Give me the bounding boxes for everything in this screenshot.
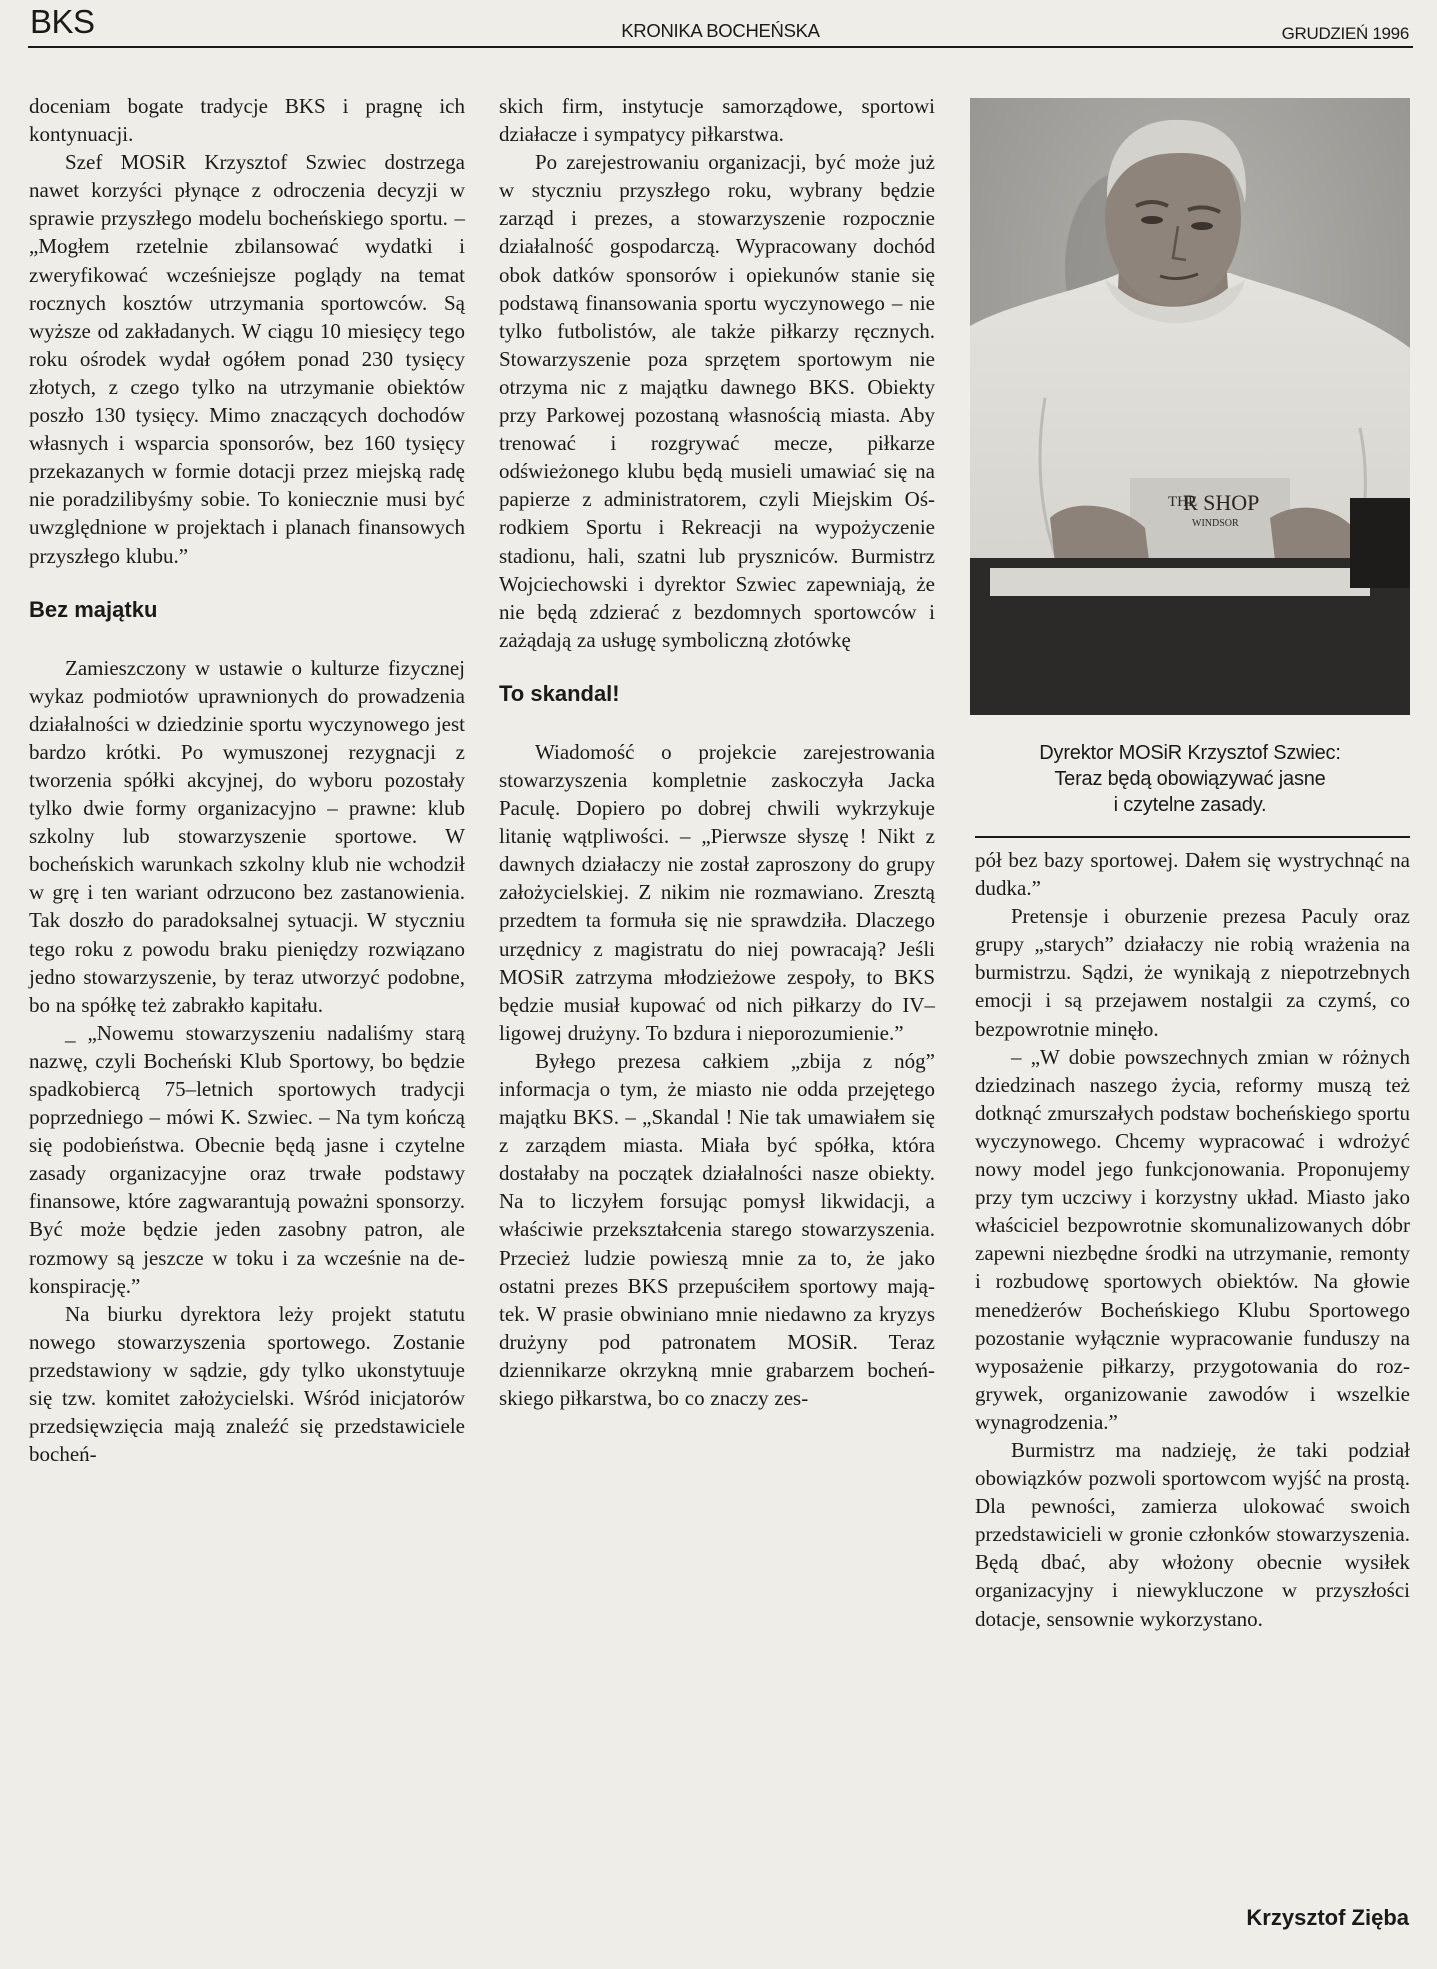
author-byline: Krzysztof Zięba (1246, 1905, 1409, 1931)
paragraph: Wiadomość o projekcie zarejestro­wania s… (499, 738, 935, 1047)
portrait-photo: THE R SHOP WINDSOR (970, 98, 1410, 715)
paragraph: doceniam bogate tradycje BKS i pragnę ic… (29, 92, 465, 148)
svg-text:WINDSOR: WINDSOR (1192, 518, 1239, 529)
svg-text:R SHOP: R SHOP (1183, 490, 1259, 515)
caption-line: Teraz będą obowiązywać jasne (968, 766, 1412, 792)
caption-rule (975, 836, 1410, 838)
issue-date: GRUDZIEŃ 1996 (1282, 24, 1409, 44)
paragraph: – „W dobie powszechnych zmian w różnych … (975, 1043, 1410, 1436)
caption-line: i czytelne zasady. (968, 792, 1412, 818)
paragraph: Zamieszczony w ustawie o kultu­rze fizyc… (29, 654, 465, 1019)
newspaper-page: BKS KRONIKA BOCHEŃSKA GRUDZIEŃ 1996 doce… (0, 0, 1437, 1969)
paragraph: Na biurku dyrektora leży projekt statutu… (29, 1300, 465, 1469)
paragraph: pół bez bazy sportowej. Dałem się wystry… (975, 846, 1410, 902)
masthead: BKS KRONIKA BOCHEŃSKA GRUDZIEŃ 1996 (28, 0, 1413, 48)
article-column-1: doceniam bogate tradycje BKS i pragnę ic… (29, 92, 465, 1468)
publication-title: KRONIKA BOCHEŃSKA (28, 20, 1413, 42)
masthead-rule (28, 46, 1413, 48)
paragraph: Byłego prezesa całkiem „zbija z nóg” inf… (499, 1047, 935, 1412)
caption-line: Dyrektor MOSiR Krzysztof Szwiec: (968, 740, 1412, 766)
article-column-2: skich firm, instytucje samorządowe, spor… (499, 92, 935, 1412)
section-heading: To skandal! (499, 680, 935, 708)
paragraph: Szef MOSiR Krzysztof Szwiec dostrzega na… (29, 148, 465, 569)
portrait-illustration: THE R SHOP WINDSOR (970, 98, 1410, 715)
section-heading: Bez majątku (29, 596, 465, 624)
article-column-3: pół bez bazy sportowej. Dałem się wystry… (975, 846, 1410, 1633)
paragraph: Pretensje i oburzenie prezesa Pa­culy or… (975, 902, 1410, 1042)
paragraph: Burmistrz ma nadzieję, że taki podział o… (975, 1436, 1410, 1633)
paragraph: skich firm, instytucje samorządowe, spor… (499, 92, 935, 148)
paragraph: _ „Nowemu stowarzyszeniu nada­liśmy star… (29, 1019, 465, 1300)
photo-caption: Dyrektor MOSiR Krzysztof Szwiec: Teraz b… (968, 740, 1412, 818)
paragraph: Po zarejestrowaniu organizacji, być może… (499, 148, 935, 654)
